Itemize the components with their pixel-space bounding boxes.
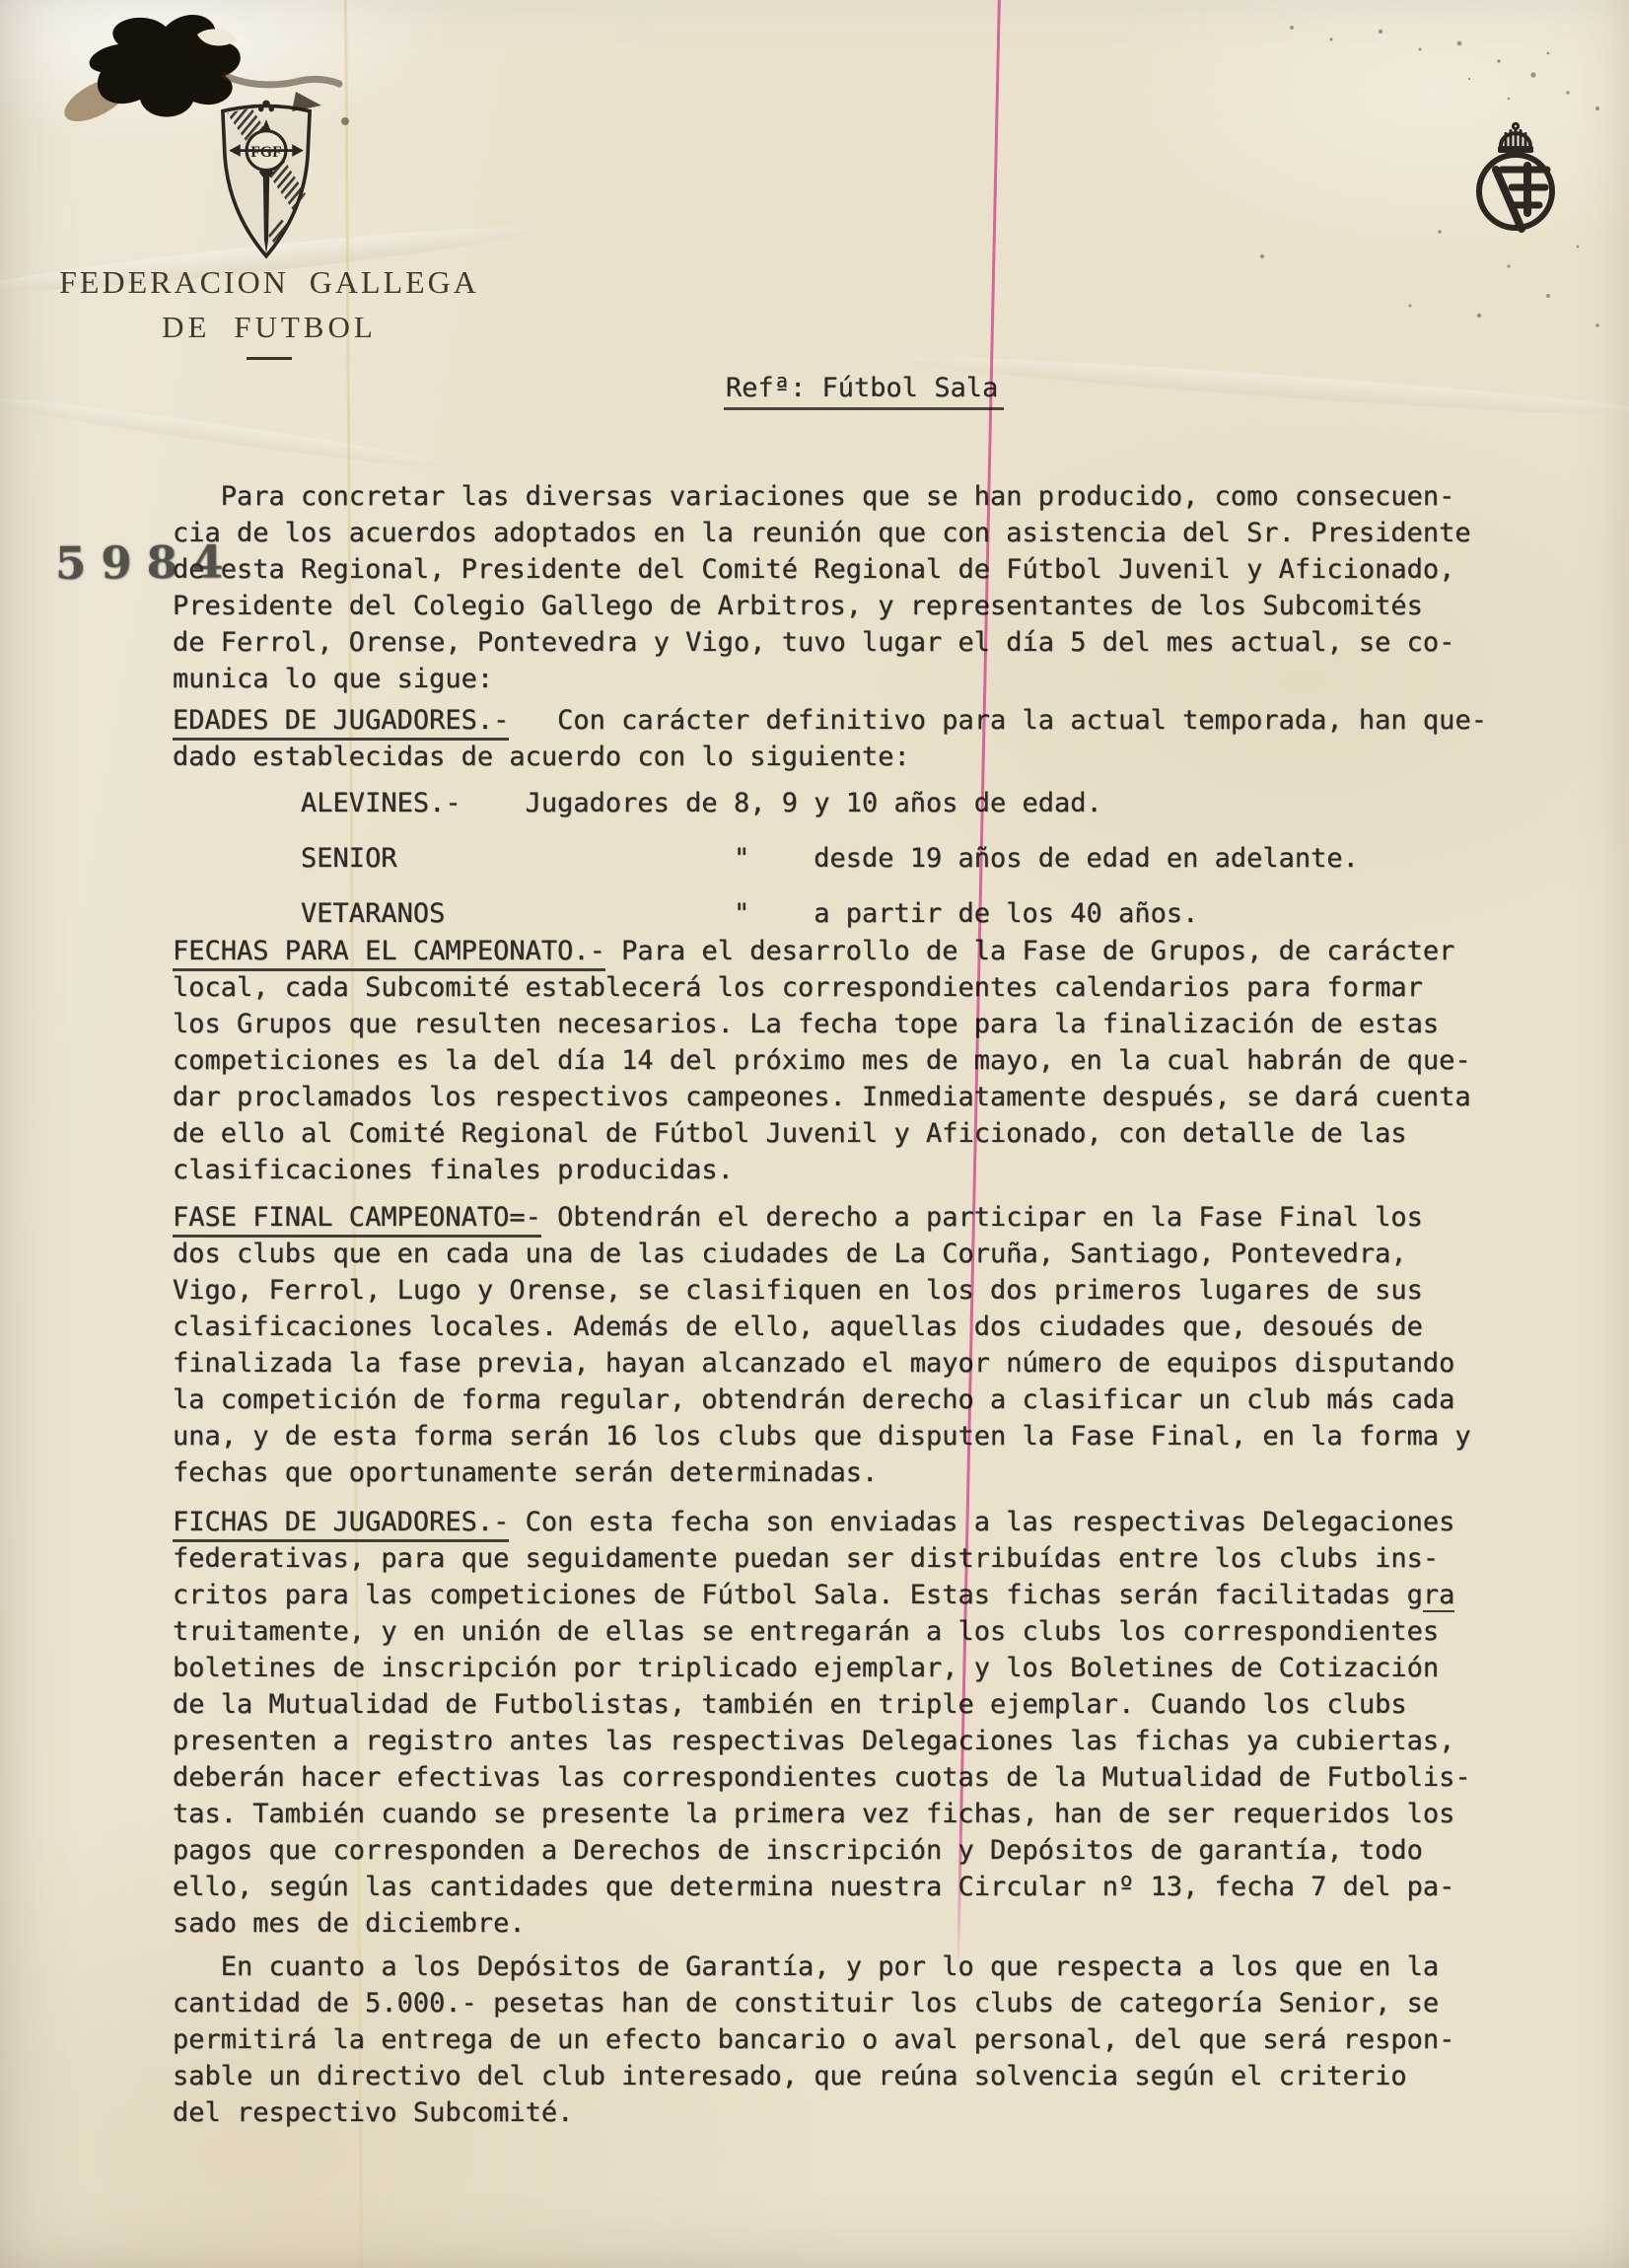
age-category-line: VETARANOS " a partir de los 40 años. xyxy=(173,897,1528,934)
text-line: dar proclamados los respectivos campeone… xyxy=(173,1081,1528,1117)
text-line: federativas, para que seguidamente pueda… xyxy=(173,1542,1528,1579)
crowned-federation-emblem-icon xyxy=(1465,116,1566,239)
org-underline-rule xyxy=(247,357,292,360)
scanned-letter-page: FGF FEDERACION GALLEGA DE FUTBOL 5984 Re… xyxy=(0,0,1629,2268)
line-main-text: critos para las competiciones de Fútbol … xyxy=(173,1580,1423,1610)
text-line: Para concretar las diversas variaciones … xyxy=(173,480,1528,517)
text-line: finalizada la fase previa, hayan alcanza… xyxy=(173,1347,1528,1383)
heading-rest-text: Obtendrán el derecho a participar en la … xyxy=(541,1202,1423,1233)
org-name-line2: DE FUTBOL xyxy=(37,310,501,345)
section-heading: FICHAS DE JUGADORES.- xyxy=(173,1507,509,1542)
text-line: dos clubs que en cada una de las ciudade… xyxy=(173,1238,1528,1274)
text-line: fechas que oportunamente serán determina… xyxy=(173,1456,1528,1493)
letterhead-org-name: FEDERACION GALLEGA DE FUTBOL xyxy=(37,264,501,360)
text-line: critos para las competiciones de Fútbol … xyxy=(173,1579,1528,1615)
text-line: una, y de esta forma serán 16 los clubs … xyxy=(173,1420,1528,1456)
paper-crease xyxy=(0,390,462,475)
text-line: FASE FINAL CAMPEONATO=- Obtendrán el der… xyxy=(173,1201,1528,1238)
text-line: truitamente, y en unión de ellas se entr… xyxy=(173,1615,1528,1652)
text-line: presenten a registro antes las respectiv… xyxy=(173,1725,1528,1761)
text-line: competiciones es la del día 14 del próxi… xyxy=(173,1044,1528,1081)
section-heading: FECHAS PARA EL CAMPEONATO.- xyxy=(173,936,605,971)
text-line: boletines de inscripción por triplicado … xyxy=(173,1652,1528,1688)
section-edades-jugadores: EDADES DE JUGADORES.- Con carácter defin… xyxy=(173,704,1528,777)
paragraph-intro: Para concretar las diversas variaciones … xyxy=(173,480,1528,699)
text-line: de Ferrol, Orense, Pontevedra y Vigo, tu… xyxy=(173,626,1528,663)
text-line: En cuanto a los Depósitos de Garantía, y… xyxy=(173,1950,1528,1987)
section-heading: FASE FINAL CAMPEONATO=- xyxy=(173,1202,541,1238)
section-fichas-jugadores: FICHAS DE JUGADORES.- Con esta fecha son… xyxy=(173,1506,1528,1944)
ink-blot-stain-icon xyxy=(49,5,463,163)
text-line: EDADES DE JUGADORES.- Con carácter defin… xyxy=(173,704,1528,741)
text-line: FECHAS PARA EL CAMPEONATO.- Para el desa… xyxy=(173,935,1528,971)
text-line: FICHAS DE JUGADORES.- Con esta fecha son… xyxy=(173,1506,1528,1542)
text-line: clasificaciones finales producidas. xyxy=(173,1154,1528,1190)
text-line: pagos que corresponden a Derechos de ins… xyxy=(173,1834,1528,1871)
heading-rest-text: Con carácter definitivo para la actual t… xyxy=(509,705,1487,736)
text-line: Vigo, Ferrol, Lugo y Orense, se clasifiq… xyxy=(173,1274,1528,1311)
text-line: permitirá la entrega de un efecto bancar… xyxy=(173,2023,1528,2060)
text-line: deberán hacer efectivas las correspondie… xyxy=(173,1761,1528,1798)
text-line: sado mes de diciembre. xyxy=(173,1907,1528,1944)
section-fase-final: FASE FINAL CAMPEONATO=- Obtendrán el der… xyxy=(173,1201,1528,1493)
text-line: tas. También cuando se presente la prime… xyxy=(173,1798,1528,1834)
section-fechas-campeonato: FECHAS PARA EL CAMPEONATO.- Para el desa… xyxy=(173,935,1528,1190)
text-line: de la Mutualidad de Futbolistas, también… xyxy=(173,1688,1528,1725)
age-categories-list: ALEVINES.- Jugadores de 8, 9 y 10 años d… xyxy=(173,787,1528,934)
text-line: local, cada Subcomité establecerá los co… xyxy=(173,971,1528,1008)
text-line: sable un directivo del club interesado, … xyxy=(173,2060,1528,2096)
text-line: cantidad de 5.000.- pesetas han de const… xyxy=(173,1987,1528,2023)
text-line: munica lo que sigue: xyxy=(173,663,1528,699)
reference-title: Refª: Fútbol Sala xyxy=(724,373,1004,410)
text-line: clasificaciones locales. Además de ello,… xyxy=(173,1311,1528,1347)
text-line: la competición de forma regular, obtendr… xyxy=(173,1383,1528,1420)
text-line: de esta Regional, Presidente del Comité … xyxy=(173,553,1528,590)
text-line: dado establecidas de acuerdo con lo sigu… xyxy=(173,741,1528,777)
section-heading: EDADES DE JUGADORES.- xyxy=(173,705,509,741)
heading-rest-text: Para el desarrollo de la Fase de Grupos,… xyxy=(605,936,1455,966)
letter-body: Para concretar las diversas variaciones … xyxy=(173,480,1528,2133)
age-category-line: SENIOR " desde 19 años de edad en adelan… xyxy=(173,842,1528,879)
text-line: de ello al Comité Regional de Fútbol Juv… xyxy=(173,1117,1528,1154)
org-name-line1: FEDERACION GALLEGA xyxy=(37,264,501,301)
text-line: Presidente del Colegio Gallego de Arbitr… xyxy=(173,590,1528,626)
text-line: ello, según las cantidades que determina… xyxy=(173,1871,1528,1907)
underlined-suffix: ra xyxy=(1423,1580,1455,1612)
text-line: del respectivo Subcomité. xyxy=(173,2096,1528,2133)
heading-rest-text: Con esta fecha son enviadas a las respec… xyxy=(509,1507,1454,1537)
age-category-line: ALEVINES.- Jugadores de 8, 9 y 10 años d… xyxy=(173,787,1528,823)
text-line: los Grupos que resulten necesarios. La f… xyxy=(173,1008,1528,1044)
paragraph-depositos-garantia: En cuanto a los Depósitos de Garantía, y… xyxy=(173,1950,1528,2133)
text-line: cia de los acuerdos adoptados en la reun… xyxy=(173,517,1528,553)
